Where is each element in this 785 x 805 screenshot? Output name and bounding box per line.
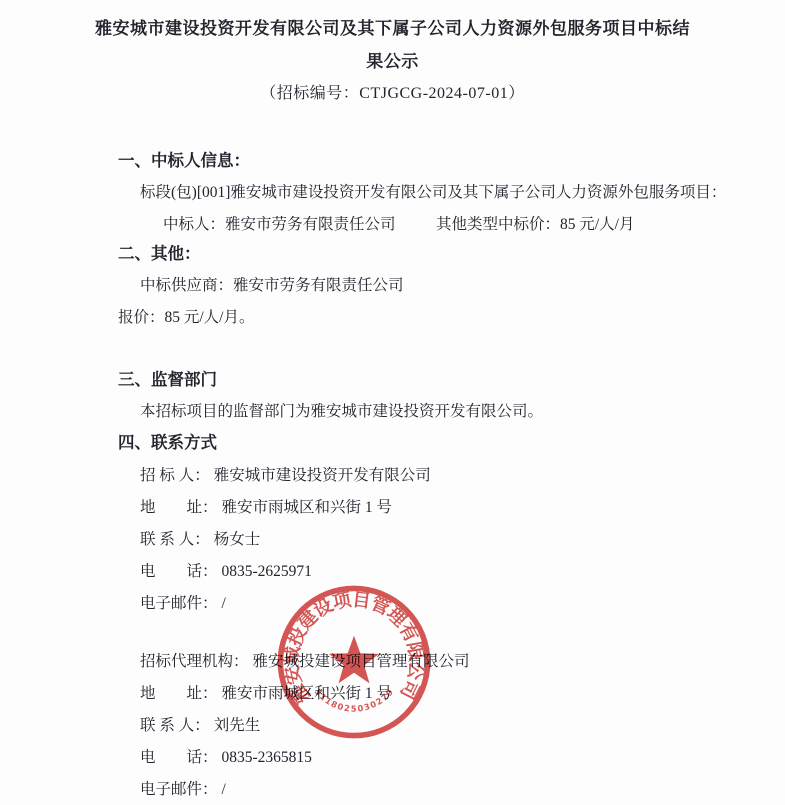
section-other: 二、其他： 中标供应商：雅安市劳务有限责任公司 报价：85 元/人/月。: [0, 238, 785, 334]
contact-value: 雅安市雨城区和兴街 1 号: [222, 685, 393, 702]
tenderer-contact-block: 招 标 人：雅安城市建设投资开发有限公司 地 址：雅安市雨城区和兴街 1 号 联…: [0, 460, 785, 620]
contact-label: 招标代理机构：: [140, 646, 249, 678]
contact-value: 雅安城投建设项目管理有限公司: [253, 653, 470, 670]
contact-label: 地 址：: [140, 678, 218, 710]
supervision-body: 本招标项目的监督部门为雅安城市建设投资开发有限公司。: [140, 396, 785, 428]
contact-label: 地 址：: [140, 492, 218, 524]
section-winner-info: 一、中标人信息： 标段(包)[001]雅安城市建设投资开发有限公司及其下属子公司…: [0, 145, 785, 241]
section-contact: 四、联系方式: [0, 427, 785, 459]
section-1-heading: 一、中标人信息：: [118, 145, 785, 177]
contact-label: 电 话：: [140, 556, 218, 588]
contact-label: 招 标 人：: [140, 460, 210, 492]
contact-row-email: 电子邮件：/: [140, 588, 785, 620]
contact-value: 刘先生: [214, 717, 261, 734]
contact-row-tenderer: 招 标 人：雅安城市建设投资开发有限公司: [140, 460, 785, 492]
winner-name: 中标人：雅安市劳务有限责任公司: [163, 216, 396, 233]
contact-row-email: 电子邮件：/: [140, 774, 785, 805]
contact-row-agency: 招标代理机构：雅安城投建设项目管理有限公司: [140, 646, 785, 678]
document-title-block: 雅安城市建设投资开发有限公司及其下属子公司人力资源外包服务项目中标结 果公示 （…: [0, 12, 785, 109]
contact-label: 联 系 人：: [140, 710, 210, 742]
contact-value: /: [222, 781, 226, 798]
lot-line: 标段(包)[001]雅安城市建设投资开发有限公司及其下属子公司人力资源外包服务项…: [140, 177, 785, 209]
contact-value: 雅安市雨城区和兴街 1 号: [222, 499, 393, 516]
winning-price: 其他类型中标价：85 元/人/月: [436, 209, 635, 241]
contact-value: 0835-2625971: [222, 563, 312, 580]
contact-label: 电 话：: [140, 742, 218, 774]
supplier-line: 中标供应商：雅安市劳务有限责任公司: [140, 270, 785, 302]
announcement-document-page: 雅安城市建设投资开发有限公司及其下属子公司人力资源外包服务项目中标结 果公示 （…: [0, 0, 785, 805]
contact-value: 雅安城市建设投资开发有限公司: [214, 467, 431, 484]
contact-row-phone: 电 话：0835-2625971: [140, 556, 785, 588]
contact-row-person: 联 系 人：杨女士: [140, 524, 785, 556]
contact-label: 电子邮件：: [140, 588, 218, 620]
document-title-line-2: 果公示: [0, 45, 785, 78]
quote-line: 报价：85 元/人/月。: [118, 302, 785, 334]
section-supervision: 三、监督部门 本招标项目的监督部门为雅安城市建设投资开发有限公司。: [0, 364, 785, 428]
contact-row-phone: 电 话：0835-2365815: [140, 742, 785, 774]
section-3-heading: 三、监督部门: [118, 364, 785, 396]
contact-value: 杨女士: [214, 531, 261, 548]
document-title-line-1: 雅安城市建设投资开发有限公司及其下属子公司人力资源外包服务项目中标结: [0, 12, 785, 45]
contact-value: 0835-2365815: [222, 749, 312, 766]
section-2-heading: 二、其他：: [118, 238, 785, 270]
agency-contact-block: 招标代理机构：雅安城投建设项目管理有限公司 地 址：雅安市雨城区和兴街 1 号 …: [0, 646, 785, 805]
contact-row-person: 联 系 人：刘先生: [140, 710, 785, 742]
contact-row-address: 地 址：雅安市雨城区和兴街 1 号: [140, 678, 785, 710]
contact-label: 电子邮件：: [140, 774, 218, 805]
contact-label: 联 系 人：: [140, 524, 210, 556]
section-4-heading: 四、联系方式: [118, 427, 785, 459]
contact-value: /: [222, 595, 226, 612]
contact-row-address: 地 址：雅安市雨城区和兴街 1 号: [140, 492, 785, 524]
tender-number: （招标编号：CTJGCG-2024-07-01）: [0, 78, 785, 109]
winner-line: 中标人：雅安市劳务有限责任公司 其他类型中标价：85 元/人/月: [163, 209, 785, 241]
